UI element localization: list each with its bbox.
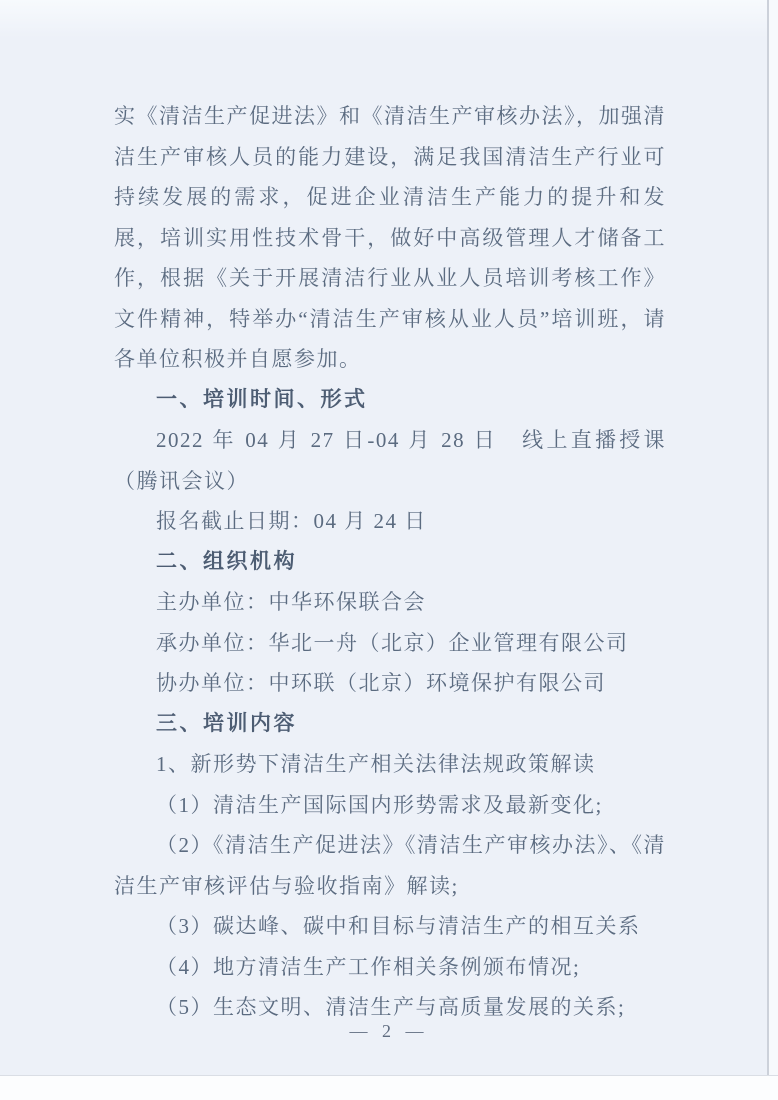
paragraph-registration-deadline: 报名截止日期：04 月 24 日 bbox=[114, 501, 666, 542]
scan-right-margin bbox=[769, 0, 778, 1100]
paragraph-training-date: 2022 年 04 月 27 日-04 月 28 日 线上直播授课（腾讯会议） bbox=[114, 420, 666, 501]
scan-right-edge bbox=[767, 0, 769, 1100]
paragraph-content-item-1-3: （3）碳达峰、碳中和目标与清洁生产的相互关系 bbox=[114, 906, 666, 947]
scan-bottom-edge bbox=[0, 1075, 778, 1100]
paragraph-content-item-1-1: （1）清洁生产国际国内形势需求及最新变化; bbox=[114, 785, 666, 826]
paragraph-co-organizing-unit: 协办单位：中环联（北京）环境保护有限公司 bbox=[114, 663, 666, 704]
section-heading-training-content: 三、培训内容 bbox=[114, 704, 666, 745]
section-heading-organizers: 二、组织机构 bbox=[114, 542, 666, 583]
section-heading-training-time: 一、培训时间、形式 bbox=[114, 380, 666, 421]
paragraph-host-unit: 主办单位：中华环保联合会 bbox=[114, 582, 666, 623]
paragraph-content-item-1-4: （4）地方清洁生产工作相关条例颁布情况; bbox=[114, 947, 666, 988]
paragraph-undertaking-unit: 承办单位：华北一舟（北京）企业管理有限公司 bbox=[114, 623, 666, 664]
scan-top-edge bbox=[0, 0, 778, 38]
paragraph-content-item-1-2: （2）《清洁生产促进法》《清洁生产审核办法》、《清洁生产审核评估与验收指南》解读… bbox=[114, 825, 666, 906]
document-body: 实《清洁生产促进法》和《清洁生产审核办法》，加强清洁生产审核人员的能力建设，满足… bbox=[114, 96, 666, 1028]
paragraph-continuation: 实《清洁生产促进法》和《清洁生产审核办法》，加强清洁生产审核人员的能力建设，满足… bbox=[114, 96, 666, 380]
document-page: 实《清洁生产促进法》和《清洁生产审核办法》，加强清洁生产审核人员的能力建设，满足… bbox=[0, 0, 778, 1100]
paragraph-content-item-1: 1、新形势下清洁生产相关法律法规政策解读 bbox=[114, 744, 666, 785]
page-number: — 2 — bbox=[0, 1016, 778, 1046]
